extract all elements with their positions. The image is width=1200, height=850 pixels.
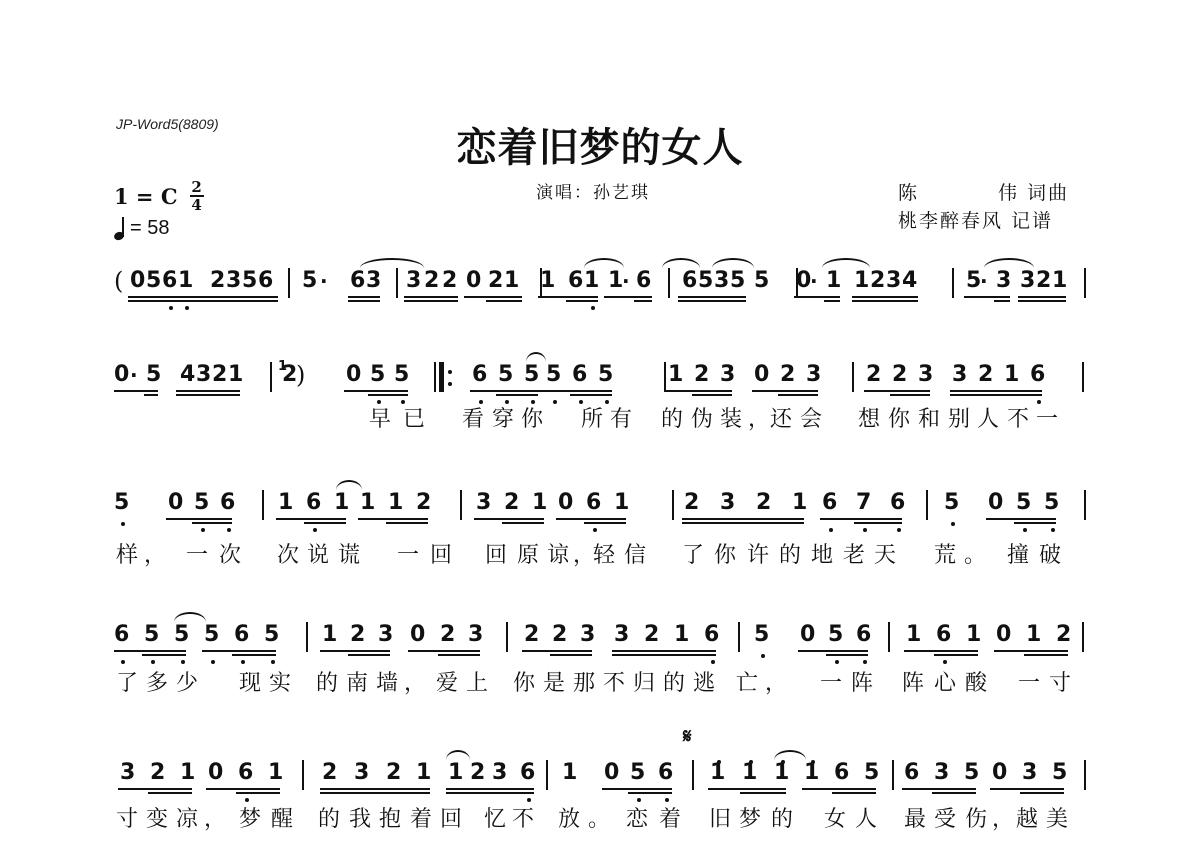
underline-eighth [678, 296, 746, 298]
underline-sixteenth [994, 300, 1010, 302]
tie-arc [360, 258, 424, 268]
lyric-char: 一 [186, 538, 208, 569]
underline-sixteenth [386, 522, 428, 524]
barline [692, 760, 694, 790]
barline [1084, 490, 1086, 520]
lyric-char: 说 [307, 538, 329, 569]
lyric-char: 心 [934, 666, 956, 697]
barline [664, 362, 666, 392]
notes: 0·5432112)0556555651230232233216 [114, 360, 1089, 400]
underline-sixteenth [1024, 654, 1068, 656]
notes: (056123565·633220211611·6653550·112345·3… [114, 266, 1089, 306]
composer-name-left: 陈 [898, 178, 919, 205]
underline-eighth [348, 296, 380, 298]
barline [952, 268, 954, 298]
time-signature: 2 4 [190, 180, 204, 212]
note: 5 [546, 360, 561, 400]
barline [668, 268, 670, 298]
underline-sixteenth [584, 522, 626, 524]
notation-row-3: 505616111232106123216765055样，一次次说谎一回回原谅，… [114, 488, 1089, 528]
lyric-char: ， [144, 538, 166, 569]
lyric-char: 早 [369, 402, 391, 433]
lyric-char: 爱 [436, 666, 458, 697]
tie-arc [446, 750, 470, 760]
tie-arc [822, 258, 870, 268]
underline-eighth [852, 296, 918, 298]
octave-low-dot [863, 528, 867, 532]
tie-arc [712, 258, 754, 268]
barline [546, 760, 548, 790]
underline-sixteenth [550, 654, 592, 656]
repeat-dot [448, 382, 452, 386]
underline-sixteenth [148, 792, 192, 794]
underline-eighth [408, 650, 480, 652]
lyric-char: 许 [747, 538, 769, 569]
underline-eighth [128, 296, 278, 298]
note: 3 [476, 488, 491, 528]
lyric-char: 还 [770, 402, 792, 433]
lyric-char: 看 [462, 402, 484, 433]
barline [672, 490, 674, 520]
lyric-char: 抱 [379, 802, 401, 833]
underline-sixteenth [950, 394, 1042, 396]
barline [738, 622, 740, 652]
underline-sixteenth [634, 300, 652, 302]
underline-sixteenth [304, 522, 346, 524]
lyric-char: 人 [855, 802, 877, 833]
quarter-note-icon [114, 218, 126, 240]
octave-low-dot [227, 528, 231, 532]
lyric-char: 老 [843, 538, 865, 569]
underline-sixteenth [692, 394, 732, 396]
tie-arc [662, 258, 700, 268]
octave-high-dot [717, 760, 721, 764]
notation-symbol: · [980, 266, 988, 306]
lyric-char: 你 [521, 402, 543, 433]
underline-sixteenth [890, 394, 930, 396]
note: 1 [562, 758, 577, 798]
notation-row-5: 321061232112361056111165635035寸变凉，梦醒的我抱着… [114, 758, 1089, 798]
underline-eighth [682, 518, 804, 520]
lyric-char: 人 [977, 402, 999, 433]
note: 0 [558, 488, 573, 528]
underline-eighth [1018, 296, 1066, 298]
underline-sixteenth [612, 654, 716, 656]
notation-row-2: 0·5432112)0556555651230232233216早已看穿你所有的… [114, 360, 1089, 400]
singer-credit: 演唱：孙艺琪 [536, 178, 650, 203]
lyric-char: 不 [603, 666, 625, 697]
lyric-char: 次 [277, 538, 299, 569]
lyric-char: 醒 [271, 802, 293, 833]
octave-low-dot [943, 660, 947, 664]
underline-sixteenth [232, 654, 276, 656]
underline-eighth [276, 518, 346, 520]
octave-low-dot [605, 400, 609, 404]
notes: 321061232112361056111165635035 [114, 758, 1089, 798]
barline [506, 622, 508, 652]
octave-low-dot [1023, 528, 1027, 532]
underline-eighth [820, 518, 902, 520]
tie-arc [774, 750, 806, 760]
notation-symbol: · [130, 360, 138, 400]
notation-row-1: (056123565·633220211611·6653550·112345·3… [114, 266, 1089, 306]
lyric-char: 梦 [739, 802, 761, 833]
underline-eighth [604, 296, 652, 298]
note: 0 [996, 620, 1011, 660]
note: 0 [992, 758, 1007, 798]
lyric-char: 会 [800, 402, 822, 433]
tempo-value: = 58 [130, 217, 169, 240]
note: 6 [114, 620, 129, 660]
transcriber-credit: 桃李醉春风 记谱 [898, 206, 1053, 233]
note: 1 [710, 758, 725, 798]
octave-low-dot [169, 306, 173, 310]
underline-sixteenth [176, 394, 240, 396]
lyric-char: 一 [1018, 666, 1040, 697]
underline-eighth [522, 650, 592, 652]
note: 0 [168, 488, 183, 528]
underline-eighth [798, 650, 868, 652]
lyric-char: 想 [858, 402, 880, 433]
octave-low-dot [553, 400, 557, 404]
lyric-char: 撞 [1007, 538, 1029, 569]
lyric-char: 谅 [547, 538, 569, 569]
barline [926, 490, 928, 520]
key-text: 1 = C [114, 184, 178, 209]
underline-eighth [950, 390, 1042, 392]
underline-sixteenth [128, 300, 278, 302]
underline-sixteenth [496, 394, 538, 396]
barline [1084, 760, 1086, 790]
underline-eighth [404, 296, 458, 298]
tempo-marking: = 58 [114, 217, 169, 240]
lyric-char: 你 [888, 402, 910, 433]
note: 1 [540, 266, 555, 306]
lyric-char: 着 [410, 802, 432, 833]
tie-arc [984, 258, 1034, 268]
note: 6 [904, 758, 919, 798]
note: 0 [800, 620, 815, 660]
underline-eighth [794, 296, 840, 298]
underline-eighth [446, 788, 534, 790]
lyric-char: 地 [811, 538, 833, 569]
octave-low-dot [593, 528, 597, 532]
lyric-char: 女 [824, 802, 846, 833]
note: 1 [668, 360, 683, 400]
lyric-char: 少 [176, 666, 198, 697]
repeat-dot [448, 370, 452, 374]
lyric-char: 已 [403, 402, 425, 433]
lyric-char: 凉 [176, 802, 198, 833]
underline-sixteenth [486, 300, 522, 302]
underline-sixteenth [852, 300, 918, 302]
octave-low-dot [241, 660, 245, 664]
lyric-char: 回 [440, 802, 462, 833]
underline-sixteenth [824, 300, 840, 302]
underline-eighth [206, 788, 280, 790]
lyric-char: 梦 [239, 802, 261, 833]
lyric-char: 一 [1036, 402, 1058, 433]
lyric-char: 和 [918, 402, 940, 433]
barline [270, 362, 272, 392]
octave-low-dot [185, 306, 189, 310]
lyric-char: 寸 [1049, 666, 1071, 697]
octave-low-dot [863, 660, 867, 664]
time-signature-top: 2 [191, 180, 201, 194]
notation-symbol: ( [114, 266, 123, 306]
composer-credit: 伟 词曲 [998, 178, 1069, 205]
underline-sixteenth [740, 792, 786, 794]
lyric-char: ， [765, 666, 787, 697]
lyric-char: ， [573, 538, 595, 569]
octave-low-dot [897, 528, 901, 532]
lyric-char: ， [204, 802, 226, 833]
underline-eighth [114, 650, 186, 652]
lyric-char: 伤 [965, 802, 987, 833]
lyric-char: 受 [934, 802, 956, 833]
lyric-char: 的 [779, 538, 801, 569]
underline-sixteenth [368, 394, 408, 396]
lyric-char: ， [748, 402, 770, 433]
lyric-char: 伪 [691, 402, 713, 433]
lyric-char: 着 [659, 802, 681, 833]
lyric-char: 逃 [693, 666, 715, 697]
notation-symbol: · [320, 266, 328, 306]
barline [1082, 622, 1084, 652]
underline-eighth [320, 788, 430, 790]
lyric-char: 别 [948, 402, 970, 433]
lyric-char: 忆 [484, 802, 506, 833]
underline-sixteenth [438, 654, 480, 656]
tie-arc [526, 352, 546, 362]
lyric-char: 有 [610, 402, 632, 433]
barline [396, 268, 398, 298]
lyric-char: 原 [517, 538, 539, 569]
lyric-char: 所 [581, 402, 603, 433]
barline [796, 268, 798, 298]
underline-eighth [864, 390, 930, 392]
octave-low-dot [761, 654, 765, 658]
underline-eighth [470, 390, 612, 392]
lyric-char: 天 [874, 538, 896, 569]
underline-eighth [464, 296, 522, 298]
tie-arc [174, 612, 206, 622]
underline-eighth [902, 788, 976, 790]
note: 1 [278, 488, 293, 528]
tie-arc [336, 480, 362, 490]
note: 0 [208, 758, 223, 798]
underline-sixteenth [832, 792, 876, 794]
lyric-char: 美 [1046, 802, 1068, 833]
underline-sixteenth [934, 654, 978, 656]
underline-eighth [708, 788, 786, 790]
octave-low-dot [711, 660, 715, 664]
note: 0 [346, 360, 361, 400]
underline-eighth [612, 650, 716, 652]
note: 3 [120, 758, 135, 798]
time-signature-bottom: 4 [191, 198, 201, 212]
lyric-char: 归 [633, 666, 655, 697]
underline-sixteenth [778, 394, 818, 396]
underline-sixteenth [628, 792, 672, 794]
note: 2 [524, 620, 539, 660]
lyric-char: 的 [663, 666, 685, 697]
lyric-char: 多 [146, 666, 168, 697]
note: 2 [866, 360, 881, 400]
lyric-char: 南 [346, 666, 368, 697]
barline [852, 362, 854, 392]
octave-low-dot [271, 660, 275, 664]
lyric-char: 我 [349, 802, 371, 833]
lyric-char: 回 [430, 538, 452, 569]
lyric-char: 的 [661, 402, 683, 433]
lyric-char: 你 [513, 666, 535, 697]
lyric-char: 。 [588, 802, 610, 833]
underline-eighth [166, 518, 232, 520]
lyric-char: 墙 [376, 666, 398, 697]
key-signature: 1 = C 2 4 [114, 180, 204, 212]
barline [540, 268, 542, 298]
repeat-barline [439, 362, 444, 392]
octave-low-dot [313, 528, 317, 532]
underline-eighth [964, 296, 1010, 298]
underline-sixteenth [854, 522, 902, 524]
underline-eighth [986, 518, 1056, 520]
lyric-char: 不 [512, 802, 534, 833]
octave-low-dot [1051, 528, 1055, 532]
lyric-char: 了 [116, 666, 138, 697]
note: 1 [360, 488, 375, 528]
note: 5 [754, 266, 769, 306]
underline-sixteenth [570, 394, 612, 396]
note: 0 [114, 360, 129, 400]
notation-row-4: 65556512302322332165056161012了多少现实的南墙，爱上… [114, 620, 1089, 660]
lyric-char: 酸 [965, 666, 987, 697]
lyric-char: 回 [485, 538, 507, 569]
underline-sixteenth [566, 300, 598, 302]
underline-eighth [666, 390, 732, 392]
note: 5 [204, 620, 219, 660]
lyric-char: 的 [316, 666, 338, 697]
lyric-char: 你 [714, 538, 736, 569]
lyric-char: 的 [771, 802, 793, 833]
lyric-char: 旧 [709, 802, 731, 833]
underline-sixteenth [502, 522, 544, 524]
note: 1 [322, 620, 337, 660]
underline-eighth [538, 296, 598, 298]
underline-eighth [202, 650, 276, 652]
segno-icon: 𝄋 [683, 724, 692, 748]
barline [302, 760, 304, 790]
note: 1 [906, 620, 921, 660]
note: 6 [822, 488, 837, 528]
lyric-char: 变 [146, 802, 168, 833]
notes: 505616111232106123216765055 [114, 488, 1089, 528]
octave-low-dot [829, 528, 833, 532]
note: 0 [988, 488, 1003, 528]
note: 6 [472, 360, 487, 400]
lyric-char: 穿 [492, 402, 514, 433]
underline-sixteenth [192, 522, 232, 524]
octave-low-dot [151, 660, 155, 664]
underline-sixteenth [1020, 792, 1064, 794]
underline-eighth [358, 518, 428, 520]
underline-eighth [176, 390, 240, 392]
note: 0 [754, 360, 769, 400]
lyric-char: 荒 [934, 538, 956, 569]
underline-eighth [344, 390, 408, 392]
underline-sixteenth [446, 792, 534, 794]
underline-sixteenth [404, 300, 458, 302]
underline-eighth [114, 390, 158, 392]
lyric-char: 越 [1016, 802, 1038, 833]
underline-eighth [474, 518, 544, 520]
underline-eighth [802, 788, 876, 790]
lyric-char: 一 [397, 538, 419, 569]
lyric-char: 是 [543, 666, 565, 697]
lyric-char: ， [992, 802, 1014, 833]
barline [262, 490, 264, 520]
notes: 65556512302322332165056161012 [114, 620, 1089, 660]
octave-low-dot [121, 522, 125, 526]
underline-eighth [118, 788, 192, 790]
note: 0 [466, 266, 481, 306]
lyric-char: 寸 [116, 802, 138, 833]
lyric-char: 亡 [736, 666, 758, 697]
underline-sixteenth [144, 394, 158, 396]
underline-eighth [752, 390, 818, 392]
note: 5 [302, 266, 317, 306]
tie-arc [584, 258, 624, 268]
octave-high-dot [781, 760, 785, 764]
underline-sixteenth [1014, 522, 1056, 524]
underline-sixteenth [348, 654, 390, 656]
lyric-char: 阵 [902, 666, 924, 697]
lyric-char: 装 [720, 402, 742, 433]
lyric-char: 次 [219, 538, 241, 569]
lyric-char: 不 [1007, 402, 1029, 433]
note: 1 [804, 758, 819, 798]
underline-sixteenth [932, 792, 976, 794]
barline [306, 622, 308, 652]
octave-low-dot [181, 660, 185, 664]
barline [460, 490, 462, 520]
lyric-char: 谎 [338, 538, 360, 569]
lyric-char: 阵 [851, 666, 873, 697]
underline-sixteenth [678, 300, 746, 302]
repeat-barline [434, 362, 436, 392]
note: 0 [604, 758, 619, 798]
barline [288, 268, 290, 298]
underline-sixteenth [682, 522, 804, 524]
lyric-char: 信 [624, 538, 646, 569]
underline-sixteenth [348, 300, 380, 302]
octave-low-dot [211, 660, 215, 664]
lyric-char: 的 [318, 802, 340, 833]
lyric-char: 。 [964, 538, 986, 569]
underline-eighth [556, 518, 626, 520]
octave-high-dot [811, 760, 815, 764]
lyric-char: 轻 [593, 538, 615, 569]
underline-sixteenth [142, 654, 186, 656]
underline-eighth [320, 650, 390, 652]
octave-low-dot [591, 306, 595, 310]
octave-high-dot [749, 760, 753, 764]
lyric-char: 一 [820, 666, 842, 697]
lyric-char: 那 [573, 666, 595, 697]
underline-sixteenth [320, 792, 430, 794]
lyric-char: 样 [116, 538, 138, 569]
